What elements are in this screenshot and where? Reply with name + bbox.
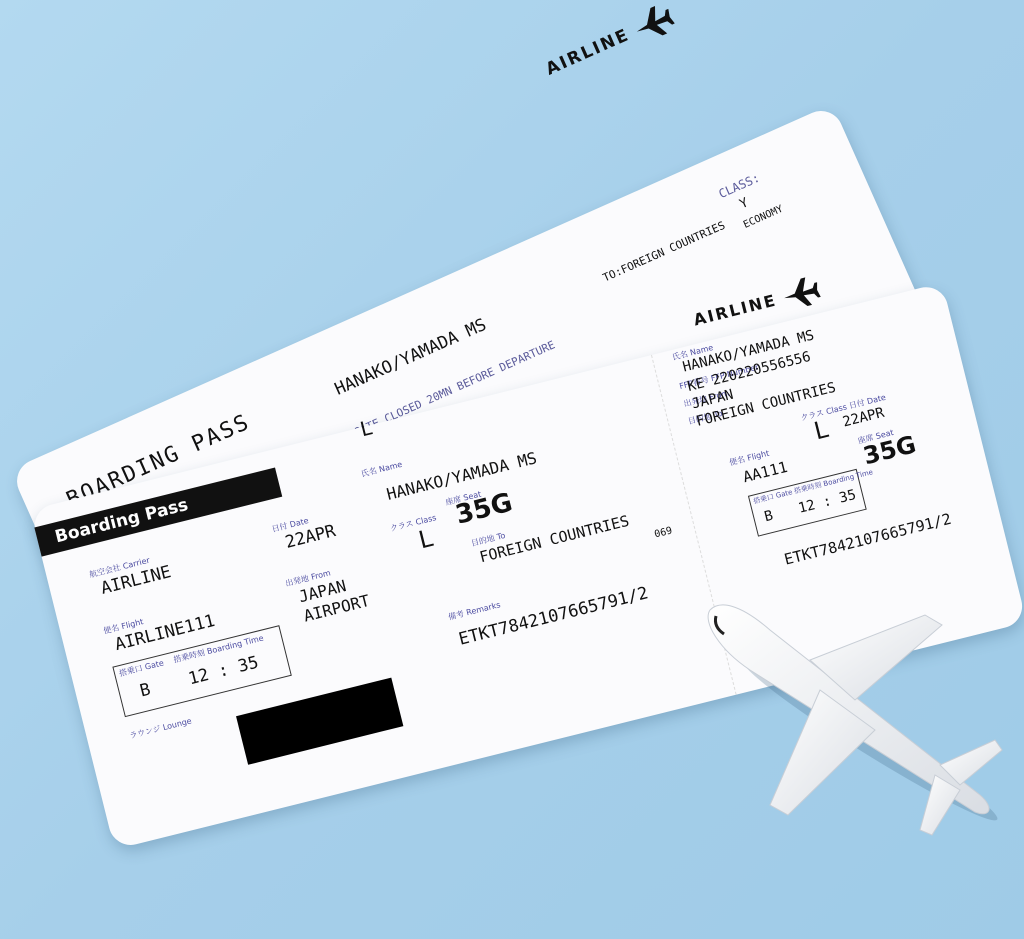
lounge-label: ラウンジ Lounge: [128, 715, 192, 741]
ticket-number: ETKT7842107665791/2: [457, 583, 651, 649]
stub-class: L: [811, 415, 832, 446]
class-value: L: [416, 524, 437, 555]
back-to: TO:FOREIGN COUNTRIES: [601, 219, 727, 285]
gate-label: 搭乗口 Gate: [118, 657, 165, 679]
name-label: 氏名 Name: [360, 459, 404, 480]
stub-gate: B: [763, 508, 775, 526]
sequence-number: 069: [653, 525, 673, 540]
stub-gate-label: 搭乗口 Gate: [752, 487, 793, 506]
gate-value: B: [138, 680, 153, 702]
back-class-code: Y: [738, 195, 751, 212]
toy-airplane: [690, 590, 1020, 850]
barcode-strip: [236, 678, 403, 765]
remarks-label: 備考 Remarks: [447, 599, 502, 623]
